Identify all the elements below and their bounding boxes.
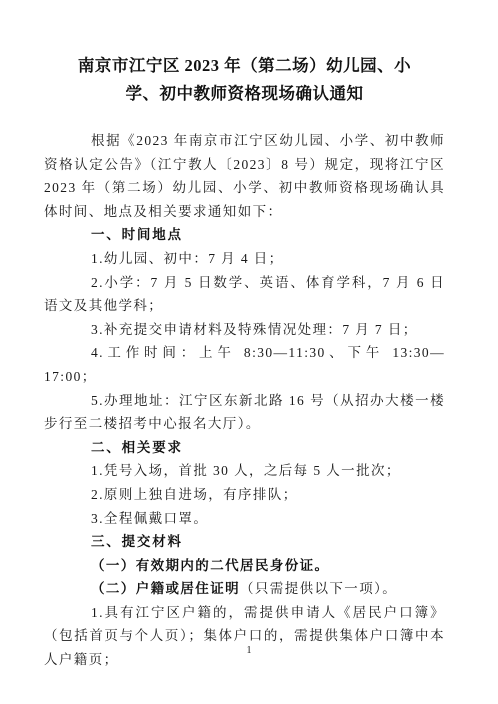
section-heading-requirements: 二、相关要求 bbox=[44, 436, 445, 460]
subsection-residence-proof-regular: （只需提供以下一项）。 bbox=[240, 581, 397, 596]
title-line-1: 南京市江宁区 2023 年（第二场）幼儿园、小 bbox=[78, 56, 411, 75]
list-item-kindergarten-middle-date: 1.幼儿园、初中：7 月 4 日； bbox=[44, 247, 445, 271]
list-item-wear-mask: 3.全程佩戴口罩。 bbox=[44, 507, 445, 531]
list-item-address: 5.办理地址：江宁区东新北路 16 号（从招办大楼一楼步行至二楼招考中心报名大厅… bbox=[44, 389, 445, 436]
page-number: 1 bbox=[0, 645, 498, 656]
document-body: 南京市江宁区 2023 年（第二场）幼儿园、小 学、初中教师资格现场确认通知 根… bbox=[44, 0, 445, 672]
list-item-working-hours: 4.工作时间：上午 8:30—11:30、下午 13:30—17:00； bbox=[44, 341, 445, 388]
intro-paragraph: 根据《2023 年南京市江宁区幼儿园、小学、初中教师资格认定公告》（江宁教人〔2… bbox=[44, 129, 445, 223]
list-item-supplementary-date: 3.补充提交申请材料及特殊情况处理：7 月 7 日； bbox=[44, 318, 445, 342]
section-heading-materials: 三、提交材料 bbox=[44, 530, 445, 554]
title-line-2: 学、初中教师资格现场确认通知 bbox=[126, 84, 364, 103]
document-content: 根据《2023 年南京市江宁区幼儿园、小学、初中教师资格认定公告》（江宁教人〔2… bbox=[44, 129, 445, 672]
document-title: 南京市江宁区 2023 年（第二场）幼儿园、小 学、初中教师资格现场确认通知 bbox=[44, 52, 445, 108]
list-item-enter-alone: 2.原则上独自进场，有序排队； bbox=[44, 483, 445, 507]
list-item-household-register: 1.具有江宁区户籍的，需提供申请人《居民户口簿》（包括首页与个人页）；集体户口的… bbox=[44, 601, 445, 672]
section-heading-time-location: 一、时间地点 bbox=[44, 223, 445, 247]
subsection-residence-proof: （二）户籍或居住证明（只需提供以下一项）。 bbox=[44, 577, 445, 601]
list-item-primary-dates: 2.小学：7 月 5 日数学、英语、体育学科，7 月 6 日语文及其他学科； bbox=[44, 271, 445, 318]
list-item-entry-by-number: 1.凭号入场，首批 30 人，之后每 5 人一批次； bbox=[44, 459, 445, 483]
document-page: 南京市江宁区 2023 年（第二场）幼儿园、小 学、初中教师资格现场确认通知 根… bbox=[0, 0, 498, 704]
subsection-residence-proof-bold: （二）户籍或居住证明 bbox=[91, 581, 240, 596]
subsection-id-card: （一）有效期内的二代居民身份证。 bbox=[44, 554, 445, 578]
